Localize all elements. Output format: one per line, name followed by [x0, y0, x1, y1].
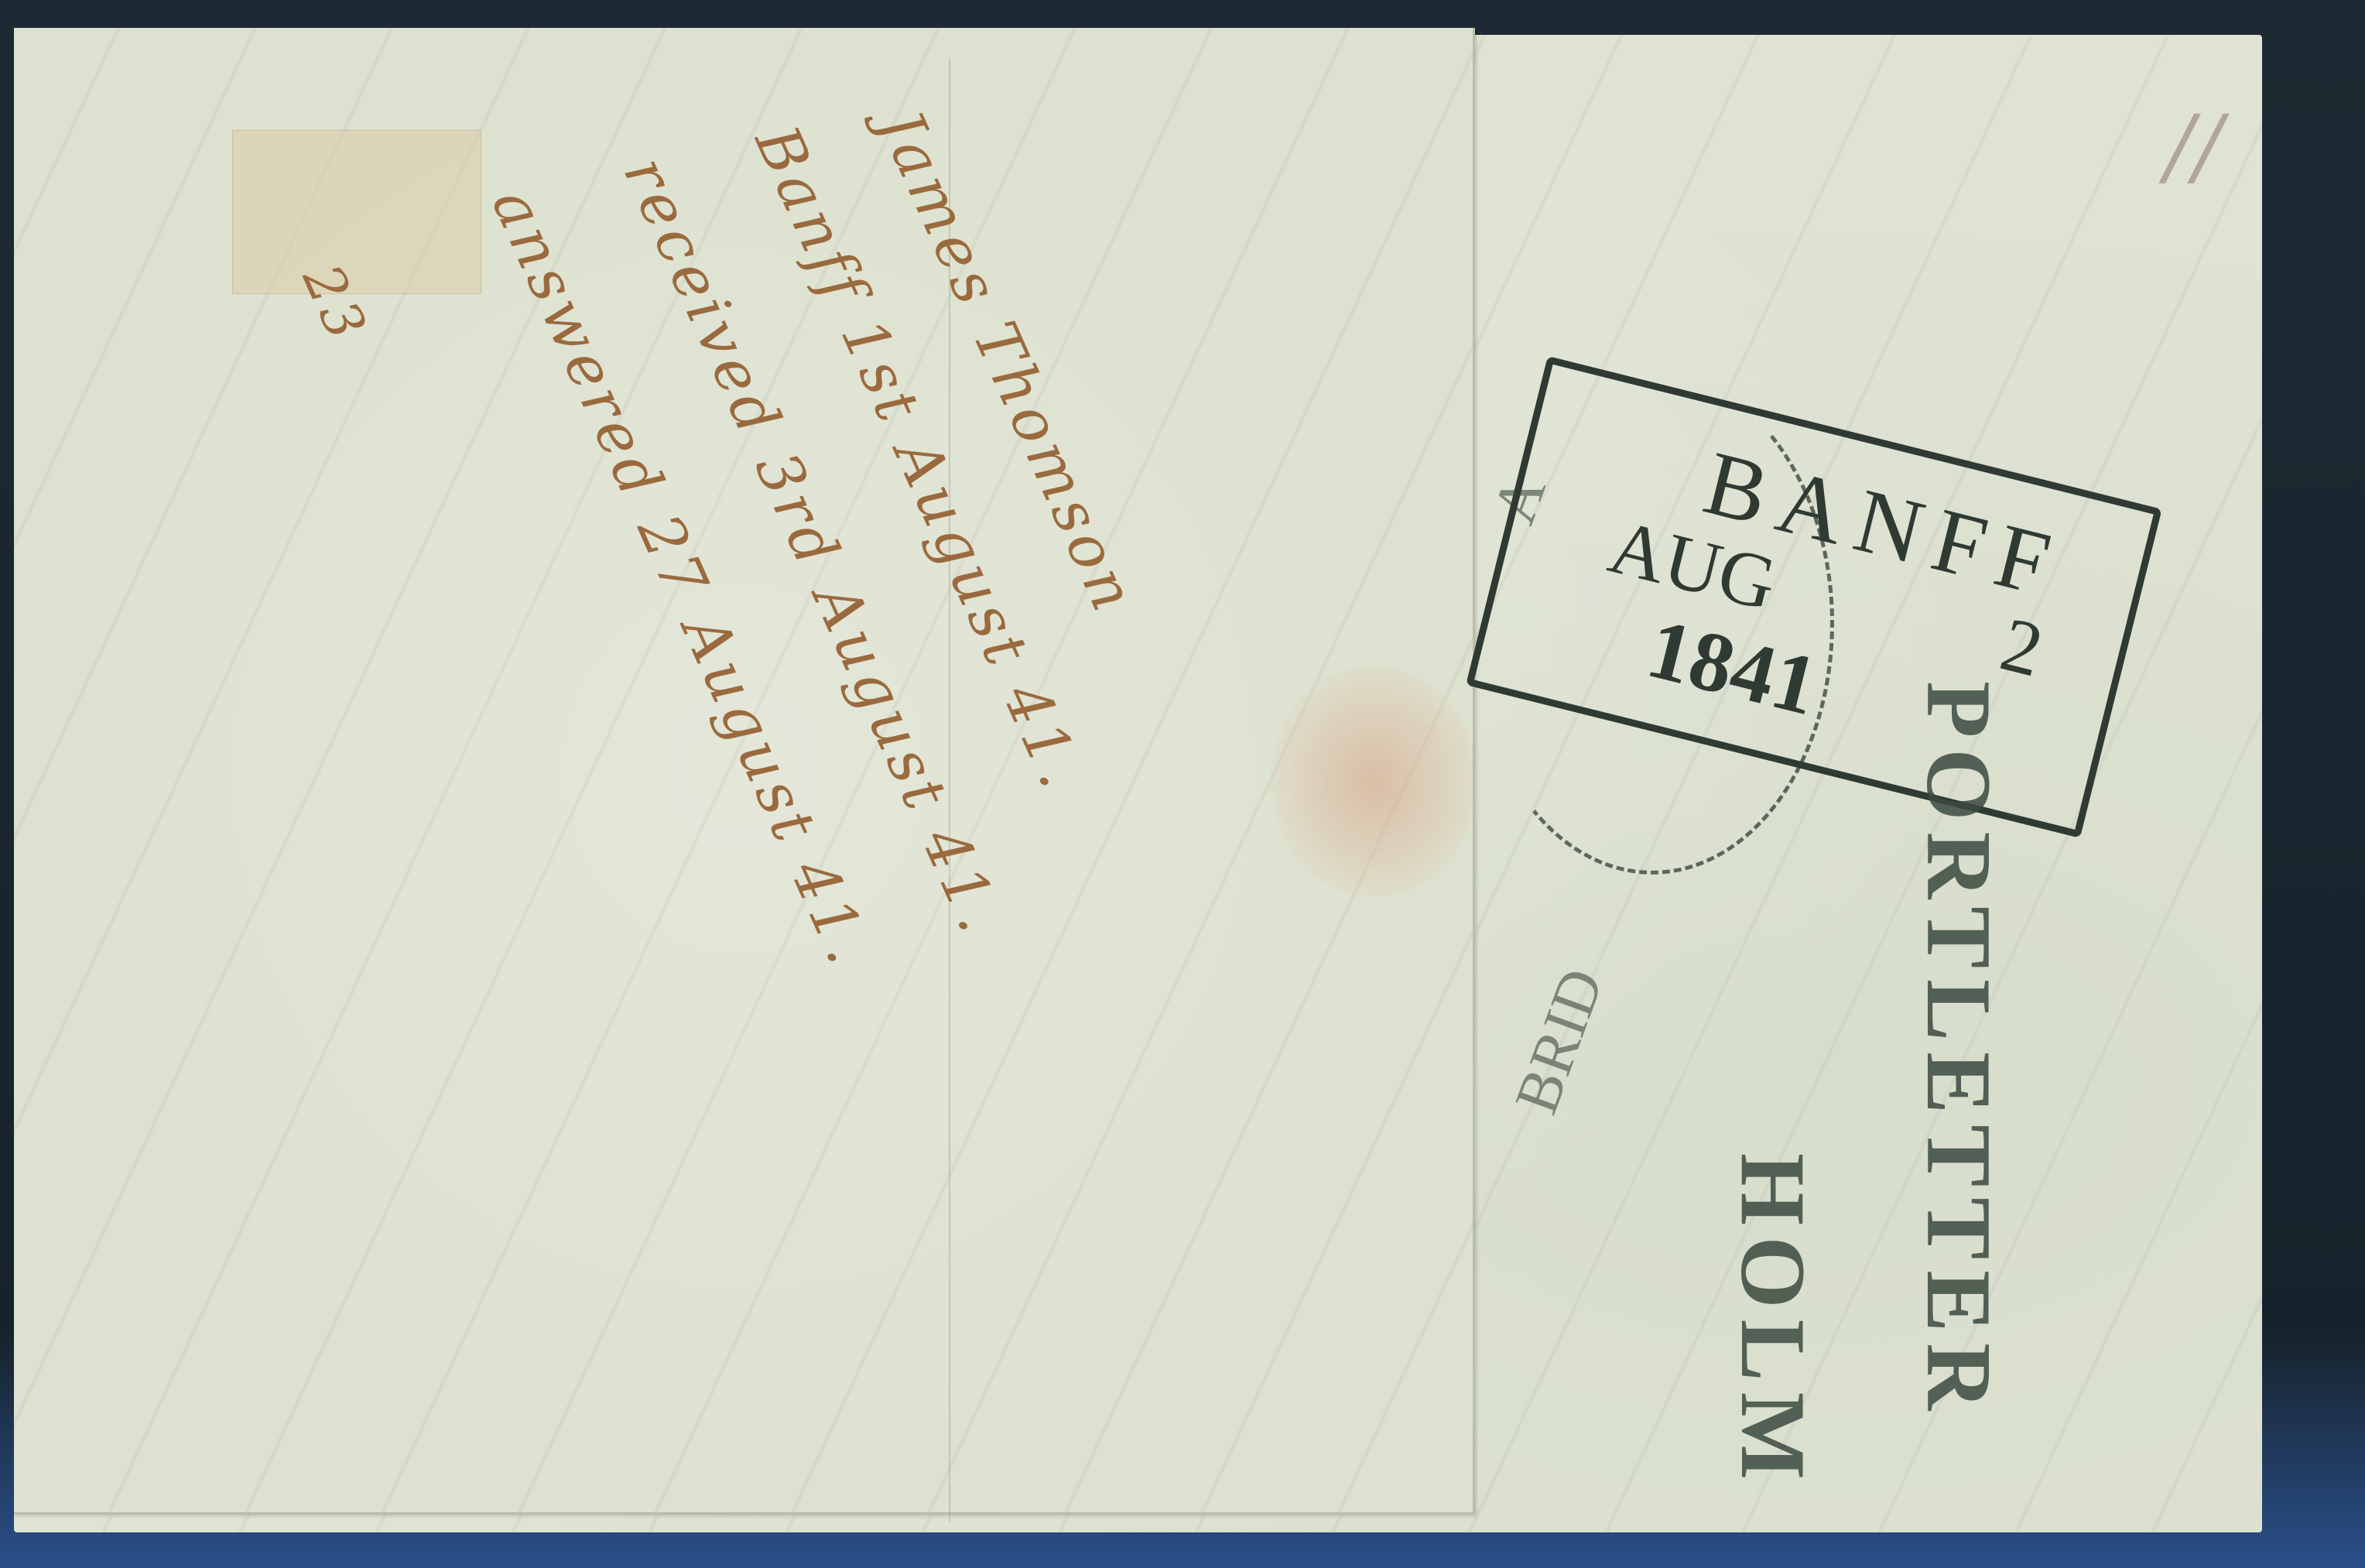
vertical-stamp-portletter: PORTLETTER — [1905, 681, 2012, 1421]
manuscript-docket: 23 James Thomson Banff 1st August 41. re… — [495, 101, 1192, 1455]
tape-hinge — [232, 130, 481, 294]
postmark-day: 2 — [1993, 601, 2051, 693]
corner-manuscript-mark: // — [2165, 97, 2223, 196]
vertical-stamp-holm: HOLM — [1720, 1153, 1826, 1491]
wax-seal-stain — [1269, 666, 1478, 898]
